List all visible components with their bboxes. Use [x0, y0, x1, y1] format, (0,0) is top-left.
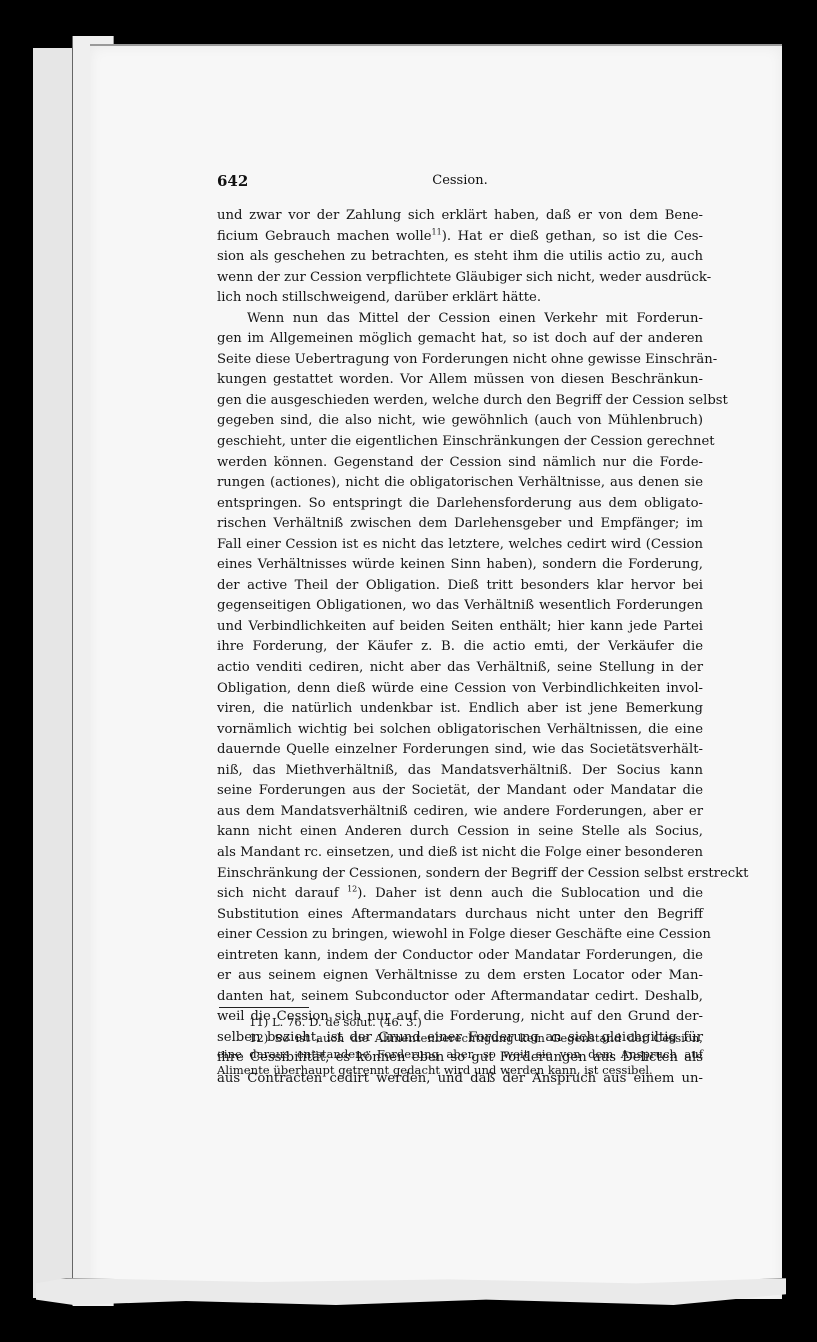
- text-line: und Verbindlichkeiten auf beiden Seiten …: [217, 617, 703, 638]
- text-line: geschieht, unter die eigentlichen Einsch…: [217, 432, 703, 453]
- text-line: einer Cession zu bringen, wiewohl in Fol…: [217, 925, 703, 946]
- text-line: sion als geschehen zu betrachten, es ste…: [217, 247, 703, 268]
- footnotes: 11) L. 76. D. de solut. (46. 3.)12) So i…: [217, 1014, 703, 1078]
- text-line: Wenn nun das Mittel der Cession einen Ve…: [217, 309, 703, 330]
- text-line: danten hat, seinem Subconductor oder Aft…: [217, 987, 703, 1008]
- text-line: gegeben sind, die also nicht, wie gewöhn…: [217, 411, 703, 432]
- text-line: aus dem Mandatsverhältniß cediren, wie a…: [217, 802, 703, 823]
- text-line: entspringen. So entspringt die Darlehens…: [217, 494, 703, 515]
- text-line: eines Verhältnisses würde keinen Sinn ha…: [217, 555, 703, 576]
- torn-bottom-edge: [36, 1278, 786, 1305]
- text-line: kungen gestattet worden. Vor Allem müsse…: [217, 370, 703, 391]
- paragraph: Wenn nun das Mittel der Cession einen Ve…: [217, 309, 703, 1090]
- text-line: viren, die natürlich undenkbar ist. Endl…: [217, 699, 703, 720]
- text-line: gen im Allgemeinen möglich gemacht hat, …: [217, 329, 703, 350]
- text-line: vornämlich wichtig bei solchen obligator…: [217, 720, 703, 741]
- footnote-reference: 11: [432, 227, 442, 236]
- footnote-reference: 12: [347, 885, 357, 894]
- paragraph: und zwar vor der Zahlung sich erklärt ha…: [217, 206, 703, 309]
- text-line: lich noch stillschweigend, darüber erklä…: [217, 288, 703, 309]
- text-line: Substitution eines Aftermandatars durcha…: [217, 905, 703, 926]
- footnote-line: 12) So ist auch die Alimentenberechtigun…: [217, 1030, 703, 1046]
- text-line: rungen (actiones), nicht die obligatoris…: [217, 473, 703, 494]
- text-line: actio venditi cediren, nicht aber das Ve…: [217, 658, 703, 679]
- text-line: niß, das Miethverhältniß, das Mandatsver…: [217, 761, 703, 782]
- scanned-page-background: 642 Cession. und zwar vor der Zahlung si…: [0, 0, 817, 1342]
- text-line: gegenseitigen Obligationen, wo das Verhä…: [217, 596, 703, 617]
- text-line: dauernde Quelle einzelner Forderungen si…: [217, 740, 703, 761]
- footnote-rule: [219, 1007, 309, 1008]
- text-line: Fall einer Cession ist es nicht das letz…: [217, 535, 703, 556]
- text-line: ficium Gebrauch machen wolle11). Hat er …: [217, 227, 703, 248]
- footnote-line: 11) L. 76. D. de solut. (46. 3.): [217, 1014, 703, 1030]
- footnote-line: Alimente überhaupt getrennt gedacht wird…: [217, 1062, 703, 1078]
- text-line: werden können. Gegenstand der Cession si…: [217, 453, 703, 474]
- text-line: und zwar vor der Zahlung sich erklärt ha…: [217, 206, 703, 227]
- page-header: 642 Cession.: [217, 172, 703, 192]
- text-line: wenn der zur Cession verpflichtete Gläub…: [217, 268, 703, 289]
- text-line: rischen Verhältniß zwischen dem Darlehen…: [217, 514, 703, 535]
- text-line: der active Theil der Obligation. Dieß tr…: [217, 576, 703, 597]
- text-line: seine Forderungen aus der Societät, der …: [217, 781, 703, 802]
- text-line: sich nicht darauf 12). Daher ist denn au…: [217, 884, 703, 905]
- body-text: und zwar vor der Zahlung sich erklärt ha…: [217, 206, 703, 1090]
- text-line: kann nicht einen Anderen durch Cession i…: [217, 822, 703, 843]
- text-line: er aus seinem eignen Verhältnisse zu dem…: [217, 966, 703, 987]
- text-line: als Mandant rc. einsetzen, und dieß ist …: [217, 843, 703, 864]
- text-line: Seite diese Uebertragung von Forderungen…: [217, 350, 703, 371]
- text-line: Obligation, denn dieß würde eine Cession…: [217, 679, 703, 700]
- text-line: Einschränkung der Cessionen, sondern der…: [217, 864, 703, 885]
- text-line: eintreten kann, indem der Conductor oder…: [217, 946, 703, 967]
- text-line: ihre Forderung, der Käufer z. B. die act…: [217, 637, 703, 658]
- running-head: Cession.: [217, 173, 703, 188]
- text-line: gen die ausgeschieden werden, welche dur…: [217, 391, 703, 412]
- footnote-line: eine daraus entstandene Forderung aber, …: [217, 1046, 703, 1062]
